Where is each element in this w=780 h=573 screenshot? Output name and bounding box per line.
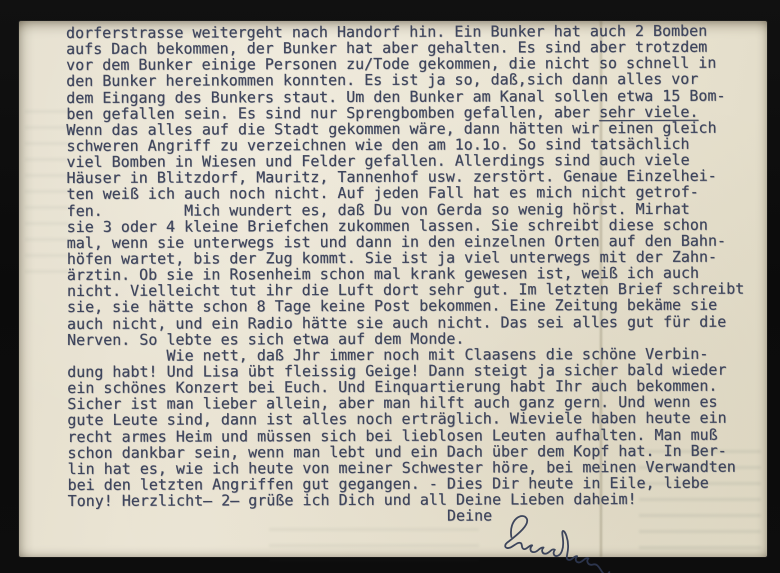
- scan-background: dorferstrasse weitergeht nach Handorf hi…: [0, 0, 780, 573]
- letter-page: dorferstrasse weitergeht nach Handorf hi…: [19, 21, 767, 557]
- bleedthrough-smudge: [269, 519, 479, 561]
- letter-body: dorferstrasse weitergeht nach Handorf hi…: [66, 23, 745, 526]
- bleedthrough-smudge: [25, 101, 69, 286]
- signature-handwritten: Lieschen.: [495, 511, 663, 573]
